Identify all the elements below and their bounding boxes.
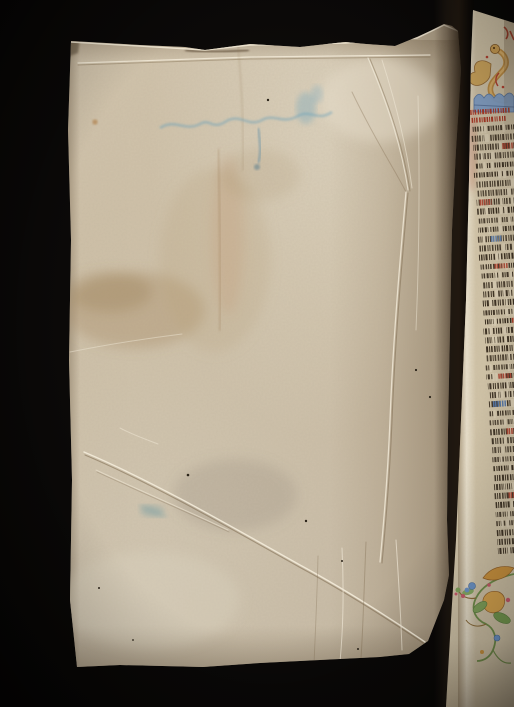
blackletter-text-line bbox=[477, 197, 514, 205]
blackletter-text-line bbox=[480, 261, 514, 269]
word-space bbox=[511, 473, 513, 481]
blackletter-text-line bbox=[497, 518, 514, 526]
word-space bbox=[507, 363, 510, 371]
word-space bbox=[504, 418, 507, 426]
word-space bbox=[503, 381, 505, 389]
red-accent-word bbox=[498, 373, 512, 379]
word-space bbox=[498, 253, 500, 261]
word-space bbox=[509, 464, 512, 472]
word-space bbox=[506, 390, 509, 398]
word-space bbox=[494, 318, 497, 326]
blackletter-text-line bbox=[476, 188, 514, 196]
word-space bbox=[490, 327, 492, 335]
word-space bbox=[511, 178, 514, 186]
word-space bbox=[508, 547, 510, 555]
word-space bbox=[504, 206, 507, 214]
blackletter-text-line bbox=[489, 417, 514, 425]
word-space bbox=[498, 225, 501, 233]
word-space bbox=[485, 208, 488, 216]
word-space bbox=[505, 298, 507, 306]
blackletter-text-line bbox=[486, 344, 514, 352]
blackletter-text-line bbox=[478, 234, 514, 242]
rubric-line bbox=[471, 116, 506, 123]
blackletter-text-line bbox=[491, 454, 514, 462]
blackletter-text-line bbox=[477, 206, 514, 214]
word-space bbox=[484, 134, 487, 142]
word-space bbox=[503, 170, 506, 178]
red-accent-word bbox=[494, 263, 507, 269]
word-space bbox=[483, 162, 486, 170]
blackletter-text-line bbox=[495, 500, 514, 508]
word-space bbox=[508, 353, 510, 361]
word-space bbox=[501, 197, 503, 205]
word-space bbox=[481, 125, 484, 133]
word-space bbox=[506, 519, 509, 527]
word-space bbox=[511, 390, 513, 398]
blackletter-text-line bbox=[498, 546, 514, 554]
word-space bbox=[510, 271, 513, 279]
word-space bbox=[508, 215, 511, 223]
blackletter-text-line bbox=[484, 307, 514, 315]
word-space bbox=[504, 437, 507, 445]
blackletter-text-line bbox=[483, 298, 514, 306]
word-space bbox=[502, 446, 504, 454]
blackletter-text-line bbox=[491, 436, 514, 444]
word-space bbox=[511, 501, 514, 509]
word-space bbox=[495, 336, 498, 344]
word-space bbox=[499, 271, 502, 279]
blackletter-text-line bbox=[489, 399, 514, 407]
blue-accent-word bbox=[491, 235, 502, 241]
recto-top-right-shade bbox=[504, 0, 514, 160]
blackletter-text-line bbox=[474, 170, 514, 178]
word-space bbox=[505, 308, 508, 316]
word-space bbox=[499, 345, 502, 353]
blackletter-text-line bbox=[493, 472, 514, 480]
blackletter-text-line bbox=[489, 408, 514, 416]
word-space bbox=[498, 170, 501, 178]
word-space bbox=[504, 483, 506, 491]
blackletter-text-line bbox=[497, 527, 514, 535]
blackletter-text-line bbox=[479, 252, 514, 260]
word-space bbox=[506, 381, 509, 389]
word-space bbox=[488, 226, 490, 234]
word-space bbox=[496, 391, 499, 399]
word-space bbox=[492, 373, 495, 381]
blackletter-text-line bbox=[481, 280, 514, 288]
word-space bbox=[491, 152, 493, 160]
blackletter-text-line bbox=[476, 179, 514, 187]
word-space bbox=[490, 364, 492, 372]
blackletter-text-line bbox=[486, 372, 514, 380]
blackletter-text-line bbox=[485, 335, 514, 343]
word-space bbox=[491, 161, 493, 169]
word-space bbox=[500, 455, 502, 463]
word-space bbox=[495, 271, 497, 279]
blackletter-text-line bbox=[494, 491, 514, 499]
blackletter-text-line bbox=[478, 225, 514, 233]
red-accent-word bbox=[506, 428, 514, 434]
blackletter-text-line bbox=[492, 445, 514, 453]
word-space bbox=[496, 253, 499, 261]
blackletter-text-line bbox=[486, 362, 514, 370]
blackletter-text-line bbox=[493, 482, 514, 490]
word-space bbox=[508, 188, 511, 196]
word-space bbox=[483, 235, 485, 243]
red-accent-word bbox=[508, 492, 514, 498]
word-space bbox=[499, 216, 501, 224]
blackletter-text-line bbox=[498, 537, 514, 545]
blackletter-text-line bbox=[481, 271, 514, 279]
blackletter-text-line bbox=[492, 463, 514, 471]
recto-bottom-shade bbox=[440, 640, 514, 707]
word-space bbox=[501, 520, 503, 528]
red-accent-word bbox=[479, 199, 492, 205]
blackletter-text-line bbox=[477, 216, 514, 224]
blackletter-text-line bbox=[482, 289, 514, 297]
word-space bbox=[503, 289, 505, 297]
blue-accent-word bbox=[493, 401, 507, 407]
word-space bbox=[493, 410, 496, 418]
blackletter-text-line bbox=[486, 353, 514, 361]
word-space bbox=[489, 299, 491, 307]
word-space bbox=[495, 281, 498, 289]
word-space bbox=[505, 335, 508, 343]
manuscript-photograph bbox=[0, 0, 514, 707]
word-space bbox=[480, 153, 483, 161]
blackletter-text-line bbox=[484, 316, 514, 324]
word-space bbox=[509, 289, 512, 297]
blackletter-text-line bbox=[479, 243, 514, 251]
word-space bbox=[502, 243, 505, 251]
word-space bbox=[499, 207, 502, 215]
word-space bbox=[504, 326, 507, 334]
blackletter-text-line bbox=[488, 381, 514, 389]
word-space bbox=[510, 409, 512, 417]
blackletter-text-line bbox=[475, 161, 514, 169]
word-space bbox=[484, 125, 487, 133]
blackletter-text-line bbox=[484, 326, 514, 334]
blackletter-text-line bbox=[490, 427, 514, 435]
word-space bbox=[495, 290, 498, 298]
blackletter-text-line bbox=[488, 390, 514, 398]
blackletter-text-line bbox=[496, 509, 514, 517]
word-space bbox=[500, 391, 503, 399]
orange-stain-dot bbox=[92, 119, 97, 124]
word-space bbox=[508, 510, 510, 518]
